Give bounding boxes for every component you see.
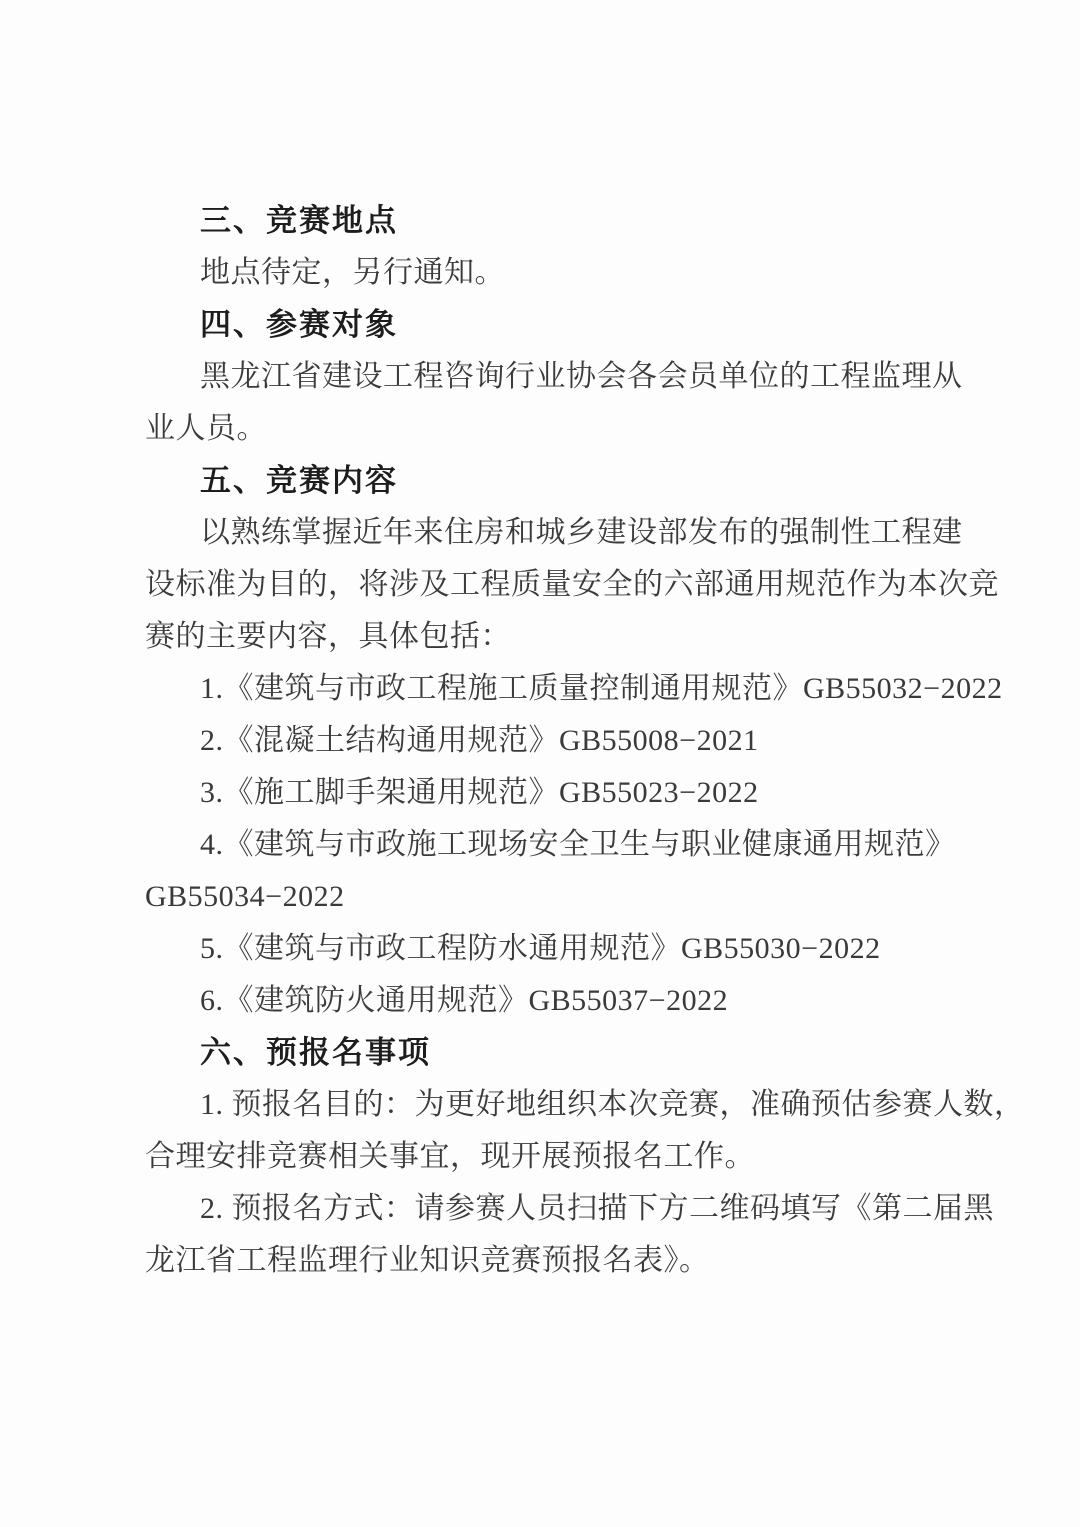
prereg-method-line-2: 龙江省工程监理行业知识竞赛预报名表》。 bbox=[145, 1235, 937, 1287]
standard-item-5: 5.《建筑与市政工程防水通用规范》GB55030−2022 bbox=[145, 923, 937, 975]
content-intro-line-2: 设标准为目的，将涉及工程质量安全的六部通用规范作为本次竞 bbox=[145, 559, 937, 611]
prereg-purpose-line-1: 1. 预报名目的：为更好地组织本次竞赛，准确预估参赛人数， bbox=[145, 1079, 937, 1131]
standard-item-4-line-1: 4.《建筑与市政施工现场安全卫生与职业健康通用规范》 bbox=[145, 819, 937, 871]
standard-item-2: 2.《混凝土结构通用规范》GB55008−2021 bbox=[145, 715, 937, 767]
participants-line-1: 黑龙江省建设工程咨询行业协会各会员单位的工程监理从 bbox=[145, 351, 937, 403]
heading-preregistration: 六、预报名事项 bbox=[145, 1027, 937, 1079]
standard-item-1: 1.《建筑与市政工程施工质量控制通用规范》GB55032−2022 bbox=[145, 663, 937, 715]
participants-line-2: 业人员。 bbox=[145, 403, 937, 455]
standard-item-4-line-2: GB55034−2022 bbox=[145, 871, 937, 923]
content-intro-line-1: 以熟练掌握近年来住房和城乡建设部发布的强制性工程建 bbox=[145, 507, 937, 559]
document-page: 三、竞赛地点 地点待定，另行通知。 四、参赛对象 黑龙江省建设工程咨询行业协会各… bbox=[0, 0, 1080, 1527]
heading-competition-location: 三、竞赛地点 bbox=[145, 195, 937, 247]
prereg-purpose-line-2: 合理安排竞赛相关事宜，现开展预报名工作。 bbox=[145, 1131, 937, 1183]
document-content: 三、竞赛地点 地点待定，另行通知。 四、参赛对象 黑龙江省建设工程咨询行业协会各… bbox=[145, 195, 937, 1287]
standard-item-6: 6.《建筑防火通用规范》GB55037−2022 bbox=[145, 975, 937, 1027]
standard-item-3: 3.《施工脚手架通用规范》GB55023−2022 bbox=[145, 767, 937, 819]
location-note-line: 地点待定，另行通知。 bbox=[145, 247, 937, 299]
content-intro-line-3: 赛的主要内容，具体包括： bbox=[145, 611, 937, 663]
heading-competition-content: 五、竞赛内容 bbox=[145, 455, 937, 507]
heading-participants: 四、参赛对象 bbox=[145, 299, 937, 351]
prereg-method-line-1: 2. 预报名方式：请参赛人员扫描下方二维码填写《第二届黑 bbox=[145, 1183, 937, 1235]
